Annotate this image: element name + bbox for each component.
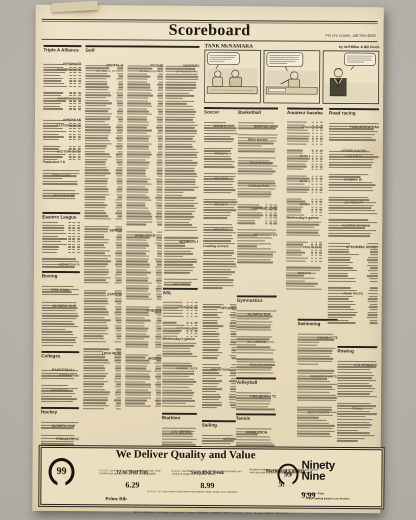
agate-ink [337, 424, 372, 426]
agate-ink [115, 293, 122, 294]
agate-ink [125, 365, 147, 366]
agate-ink [73, 123, 76, 124]
agate-ink [337, 374, 374, 376]
agate-ink [163, 315, 184, 316]
agate-ink [125, 368, 146, 369]
agate-ink [319, 252, 322, 253]
agate-ink [74, 69, 77, 70]
agate-ink [165, 127, 195, 129]
brand-name-line-2: Nine [301, 471, 381, 482]
agate-ink [43, 175, 77, 177]
agate-ink [287, 178, 310, 180]
agate-ink [165, 181, 196, 183]
agate-ink [84, 311, 109, 313]
section-title-text: Volleyball [236, 381, 256, 386]
scores-phone-note: For pro scores, call 555-4600 [285, 26, 376, 32]
ad-item-name: 12 oz. Beef Tips [100, 463, 166, 469]
agate-ink [85, 151, 105, 152]
agate-ink [156, 360, 161, 361]
agate-ink [127, 92, 151, 94]
agate-ink [74, 80, 77, 81]
agate-ink [69, 154, 72, 155]
agate-ink [155, 405, 161, 406]
agate-ink [164, 242, 185, 243]
comic-strip: TANK McNAMARA by Jeff Millar & Bill Hind… [204, 42, 379, 105]
agate-ink [69, 78, 72, 79]
agate-ink [186, 327, 188, 328]
agate-ink [85, 127, 111, 129]
agate-ink [78, 80, 81, 81]
agate-ink [74, 67, 77, 68]
agate-ink [164, 269, 193, 271]
mini-head: 10K RESULTS [328, 192, 378, 196]
subsection-head: TOMORROW'S MARATHON [329, 117, 379, 122]
agate-ink [126, 293, 151, 295]
agate-ink [297, 394, 336, 396]
agate-ink [115, 277, 122, 278]
agate-ink [237, 245, 257, 246]
agate-ink [165, 146, 193, 148]
agate-ink [69, 98, 72, 99]
section-title-text: ASL [163, 291, 181, 296]
agate-ink [118, 76, 123, 77]
agate-ink [164, 194, 182, 195]
agate-ink [237, 220, 255, 221]
agate-ink [84, 234, 104, 235]
agate-ink [337, 391, 373, 393]
agate-ink [85, 92, 110, 94]
agate-ink [125, 403, 145, 404]
agate-ink [238, 163, 272, 165]
section-title: Golf [85, 49, 199, 55]
subsection-head: SUMMER LEAGUE [237, 198, 277, 203]
agate-ink [43, 183, 78, 185]
agate-ink [311, 241, 314, 242]
agate-ink [236, 408, 275, 410]
agate-ink [319, 163, 322, 164]
agate-ink [115, 258, 122, 259]
agate-ink [127, 65, 151, 67]
agate-ink [311, 143, 314, 144]
agate-ink [165, 116, 195, 118]
mini-head: TEAM STANDINGS [236, 354, 276, 358]
agate-ink [329, 174, 369, 176]
agate-ink [68, 241, 71, 242]
agate-ink [162, 397, 192, 399]
agate-ink [155, 368, 161, 369]
agate-ink [78, 126, 81, 127]
agate-ink [202, 380, 222, 381]
agate-line [41, 403, 79, 404]
agate-ink [274, 212, 278, 213]
mini-head: GROUP B [204, 168, 238, 172]
agate-ink [158, 151, 163, 152]
subsection-head: STATE AMATEUR QUALIFYING [84, 284, 122, 289]
agate-ink [164, 261, 197, 263]
section-title-text: Basketball [238, 111, 258, 116]
agate-ink [319, 209, 322, 210]
agate-ink [156, 293, 162, 294]
agate-ink [83, 365, 104, 366]
agate-ink [157, 205, 163, 206]
agate-ink [287, 124, 305, 125]
agate-ink [127, 170, 146, 171]
agate-ink [370, 267, 378, 268]
agate-ink [164, 264, 193, 266]
agate-ink [72, 238, 75, 239]
agate-ink [126, 325, 145, 326]
agate-ink [83, 381, 108, 383]
agate-ink [328, 259, 350, 260]
agate-ink [269, 204, 272, 205]
agate-ink [164, 197, 196, 199]
agate-ink [115, 306, 122, 307]
agate-ink [157, 167, 163, 168]
agate-ink [115, 264, 122, 265]
agate-ink [77, 225, 80, 226]
agate-ink [155, 306, 161, 307]
section-golf-col-2: ROCHESTER INTERNATIONAL(At Rochester, N.… [125, 55, 164, 435]
agate-line [162, 443, 197, 446]
agate-ink [85, 102, 112, 104]
agate-ink [158, 111, 163, 112]
agate-ink [315, 178, 318, 179]
agate-ink [43, 148, 59, 149]
agate-ink [237, 262, 273, 264]
agate-ink [311, 178, 314, 179]
section-title-text: Amateur baseball [287, 111, 305, 116]
agate-ink [311, 150, 314, 151]
agate-ink [229, 355, 236, 356]
agate-ink [126, 205, 145, 206]
agate-ink [203, 199, 236, 201]
agate-ink [115, 261, 122, 262]
ad-item-desc: A 10 oz. swordfish steak, char-broiled a… [171, 470, 243, 482]
agate-ink [203, 207, 234, 209]
restaurant-ad: 99 We Deliver Quality and Value 12 oz. B… [38, 445, 384, 509]
agate-ink [126, 285, 149, 287]
agate-ink [127, 154, 152, 156]
agate-ink [78, 98, 81, 99]
agate-ink [83, 383, 104, 384]
agate-ink [73, 156, 76, 157]
agate-ink [42, 320, 73, 322]
agate-ink [77, 154, 80, 155]
agate-ink [77, 236, 80, 237]
agate-ink [204, 150, 231, 152]
agate-ink [73, 233, 76, 234]
agate-ink [77, 244, 80, 245]
agate-ink [315, 249, 318, 250]
agate-ink [229, 315, 236, 316]
agate-ink [202, 404, 222, 405]
agate-ink [126, 280, 148, 281]
agate-ink [203, 189, 235, 191]
agate-ink [367, 259, 378, 260]
agate-ink [297, 409, 332, 411]
mini-head: GROUP A [204, 143, 238, 147]
agate-ink [42, 238, 67, 240]
agate-ink [311, 252, 314, 253]
agate-ink [127, 178, 151, 180]
subsection-head: LPGA MONEY LEADERS [83, 343, 121, 348]
agate-ink [157, 135, 163, 136]
subsection-head: WIMBLEDON [236, 423, 276, 428]
agate-ink [190, 307, 192, 308]
ad-locations: Boston • Braintree • Cambridge • Chelmsf… [45, 501, 377, 507]
agate-ink [156, 221, 162, 222]
agate-ink [367, 265, 378, 266]
agate-ink [74, 83, 77, 84]
agate-ink [315, 189, 318, 190]
agate-ink [320, 143, 323, 144]
agate-ink [165, 170, 195, 172]
agate-ink [157, 277, 162, 278]
agate-ink [162, 330, 181, 331]
agate-ink [165, 154, 197, 156]
agate-ink [42, 227, 64, 228]
agate-ink [319, 178, 322, 179]
agate-ink [73, 148, 76, 149]
agate-ink [368, 293, 378, 294]
agate-ink [311, 127, 314, 128]
agate-ink [311, 124, 314, 125]
agate-ink [85, 65, 109, 67]
agate-ink [126, 277, 149, 279]
agate-ink [286, 267, 321, 269]
ad-item-desc: A 14 oz. cut, slow roasted and served wi… [147, 491, 298, 498]
agate-line [237, 261, 277, 264]
agate-ink [238, 168, 273, 170]
agate-ink [237, 223, 255, 224]
agate-ink [126, 296, 149, 298]
agate-ink [118, 119, 123, 120]
agate-ink [156, 344, 162, 345]
agate-ink [126, 309, 149, 311]
agate-ink [43, 125, 58, 126]
agate-ink [115, 301, 122, 302]
agate-ink [117, 111, 123, 112]
section-amateur-baseball: Amateur baseballLEGION STANDINGSZONE 4ZO… [286, 108, 323, 316]
subsection-head: U.S. SERIES [162, 422, 197, 427]
agate-ink [116, 170, 123, 171]
agate-ink [115, 392, 121, 393]
agate-ink [286, 260, 306, 261]
agate-ink [297, 386, 332, 388]
agate-ink [69, 146, 72, 147]
agate-ink [41, 443, 74, 445]
section-title-text: Golf [85, 49, 142, 54]
agate-ink [158, 87, 163, 88]
agate-ink [162, 373, 194, 375]
agate-ink [203, 237, 233, 239]
agate-ink [116, 138, 123, 139]
subsection-head: PRESIDENTS CUP SENIORS [126, 301, 162, 306]
agate-ink [236, 398, 271, 400]
agate-ink [43, 145, 61, 146]
agate-ink [236, 336, 272, 338]
agate-ink [311, 209, 314, 210]
agate-ink [328, 267, 353, 269]
agate-ink [238, 160, 270, 162]
agate-ink [319, 176, 322, 177]
agate-ink [77, 136, 80, 137]
agate-ink [68, 238, 71, 239]
photo-backdrop: Scoreboard For pro scores, call 555-4600… [0, 0, 416, 520]
agate-ink [286, 221, 321, 223]
mini-head: FIRST GAME [43, 165, 81, 169]
agate-ink [116, 309, 122, 310]
agate-ink [315, 260, 318, 261]
agate-ink [156, 237, 162, 238]
agate-ink [370, 304, 378, 305]
agate-ink [236, 406, 268, 408]
agate-ink [194, 313, 197, 314]
agate-ink [156, 216, 163, 217]
agate-ink [84, 253, 105, 254]
agate-ink [158, 103, 163, 104]
agate-ink [158, 92, 163, 93]
agate-ink [236, 338, 269, 340]
agate-ink [115, 349, 121, 350]
agate-ink [156, 194, 162, 195]
agate-ink [203, 277, 229, 279]
agate-ink [84, 213, 106, 214]
agate-ink [126, 269, 147, 270]
agate-ink [202, 440, 234, 442]
agate-ink [41, 403, 72, 404]
agate-ink [84, 242, 108, 244]
agate-ink [229, 380, 236, 381]
section-title-text: Eastern League [42, 215, 61, 220]
agate-ink [69, 131, 72, 132]
agate-ink [194, 330, 197, 331]
agate-ink [73, 139, 76, 140]
agate-ink [320, 150, 323, 151]
ninety-nine-brand: Ninety Nine Restaurants • Pubs Where mak… [301, 461, 381, 487]
agate-ink [85, 180, 108, 182]
agate-ink [165, 76, 198, 78]
agate-ink [68, 252, 71, 253]
agate-ink [85, 145, 107, 146]
agate-ink [329, 164, 372, 166]
agate-ink [320, 125, 323, 126]
agate-ink [85, 67, 109, 69]
agate-ink [162, 345, 194, 347]
agate-ink [319, 155, 322, 156]
agate-ink [315, 143, 318, 144]
agate-ink [117, 103, 123, 104]
agate-ink [204, 178, 234, 180]
agate-ink [297, 406, 332, 408]
section-rowing: RowingU.S. CHAMPIONSHIPSFINALS [337, 346, 378, 446]
agate-ink [42, 198, 75, 200]
agate-ink [195, 305, 198, 306]
agate-ink [115, 376, 121, 377]
agate-ink [116, 159, 123, 160]
agate-ink [69, 123, 72, 124]
agate-ink [42, 246, 59, 247]
agate-ink [78, 108, 81, 109]
agate-ink [315, 175, 318, 176]
agate-ink [43, 172, 80, 174]
agate-ink [84, 327, 109, 329]
mini-head: MEN'S EVENTS [297, 402, 337, 406]
agate-ink [311, 249, 314, 250]
agate-ink [42, 264, 69, 266]
mini-head: SECOND GAME [42, 185, 80, 189]
agate-ink [73, 134, 76, 135]
agate-line [202, 406, 236, 409]
agate-ink [165, 111, 196, 113]
agate-ink [203, 312, 223, 313]
agate-ink [287, 175, 307, 176]
agate-ink [328, 235, 370, 237]
agate-ink [77, 146, 80, 147]
mini-head: GROUP C [203, 194, 237, 198]
agate-ink [117, 181, 123, 182]
agate-ink [337, 438, 365, 440]
agate-line [42, 197, 80, 200]
agate-ink [156, 309, 162, 310]
agate-ink [202, 369, 217, 370]
agate-ink [115, 354, 122, 355]
agate-ink [237, 316, 273, 318]
agate-ink [164, 224, 192, 226]
agate-ink [368, 306, 377, 307]
agate-ink [319, 192, 322, 193]
agate-ink [127, 68, 152, 70]
agate-ink [155, 376, 161, 377]
agate-ink [165, 87, 196, 89]
agate-ink [74, 78, 77, 79]
agate-ink [116, 272, 122, 273]
agate-ink [83, 359, 108, 361]
agate-ink [84, 250, 110, 252]
agate-ink [311, 260, 314, 261]
agate-ink [68, 225, 71, 226]
section-colleges: CollegesBASKETBALLINTERNATIONAL SERIESEX… [41, 351, 79, 404]
agate-ink [319, 260, 322, 261]
agate-ink [236, 344, 256, 345]
agate-ink [117, 237, 123, 238]
agate-ink [69, 92, 72, 93]
agate-ink [238, 183, 276, 185]
agate-ink [157, 162, 163, 163]
agate-ink [127, 173, 146, 174]
agate-ink [126, 202, 145, 203]
agate-ink [42, 243, 67, 245]
agate-ink [83, 335, 103, 336]
agate-ink [237, 204, 259, 205]
agate-ink [162, 433, 193, 435]
agate-ink [77, 156, 80, 157]
agate-ink [286, 244, 303, 245]
agate-ink [73, 98, 76, 99]
agate-ink [202, 407, 217, 408]
agate-ink [43, 156, 63, 157]
agate-ink [370, 281, 378, 282]
agate-ink [328, 264, 349, 265]
agate-ink [165, 143, 192, 145]
agate-ink [117, 194, 123, 195]
agate-ink [269, 220, 272, 221]
agate-ink [73, 125, 76, 126]
agate-ink [368, 257, 378, 258]
agate-ink [190, 315, 192, 316]
agate-ink [126, 186, 145, 187]
agate-ink [165, 92, 189, 94]
